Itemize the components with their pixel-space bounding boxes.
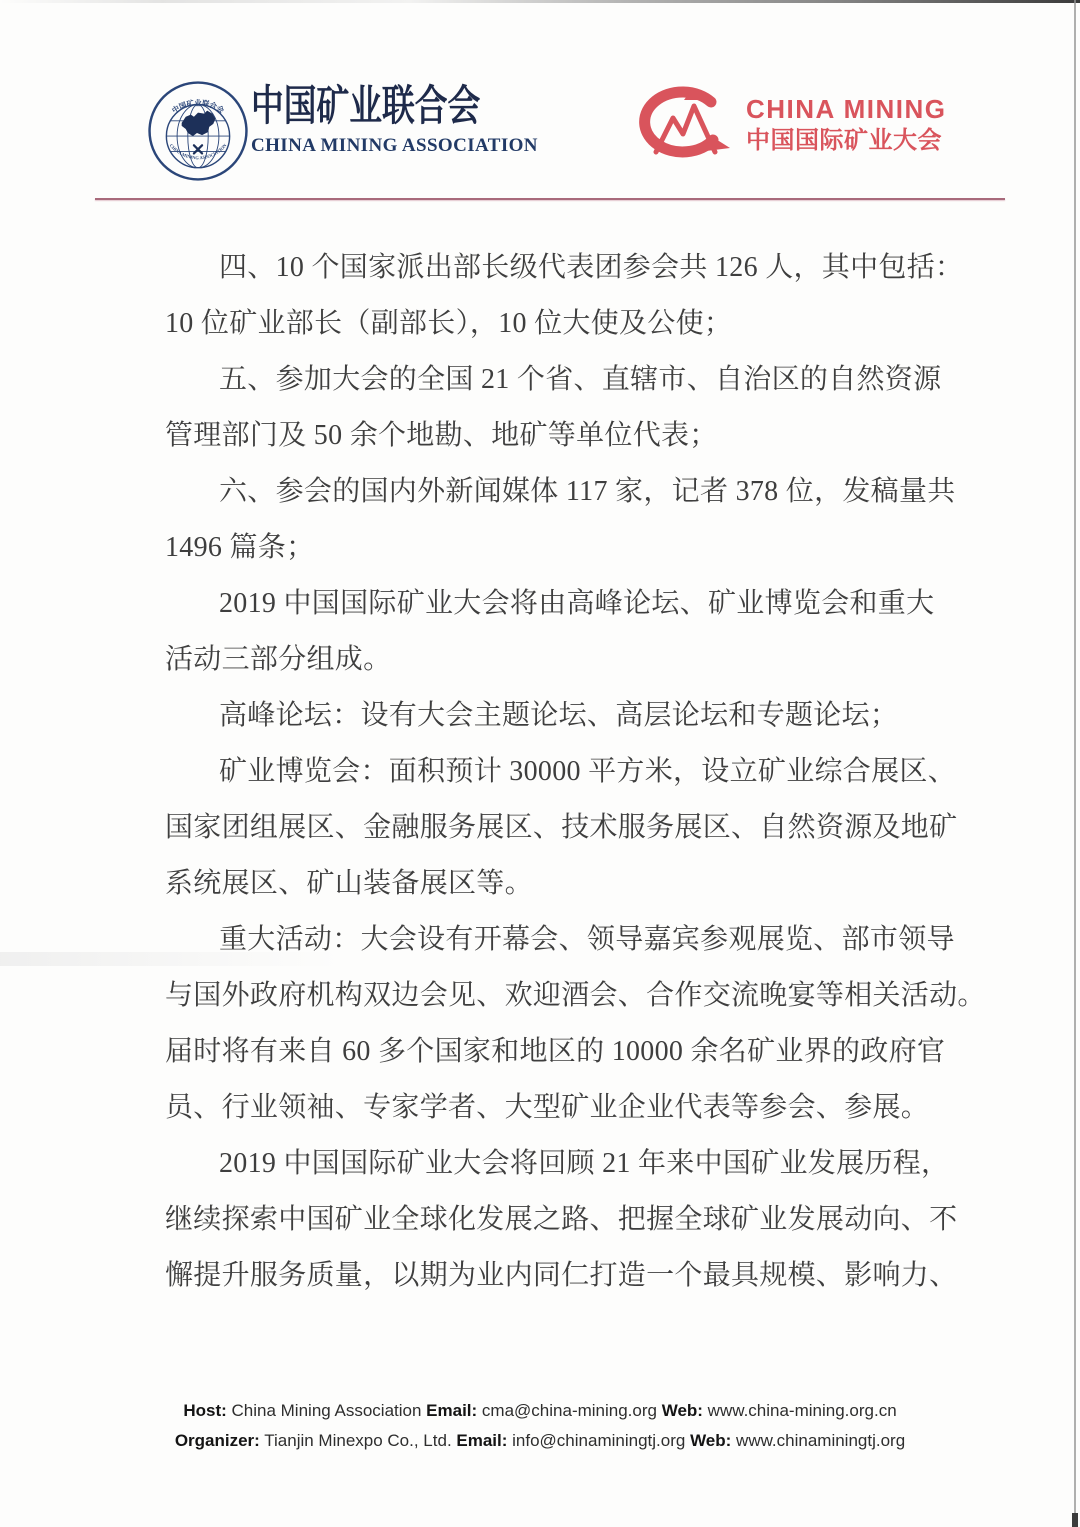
bottom-right-corner-artifact (1072, 1513, 1078, 1527)
body-line: 高峰论坛：设有大会主题论坛、高层论坛和专题论坛； (165, 688, 965, 744)
body-line: 五、参加大会的全国 21 个省、直辖市、自治区的自然资源 (165, 352, 965, 408)
body-line: 四、10 个国家派出部长级代表团参会共 126 人，其中包括： (165, 240, 965, 296)
footer-value: China Mining Association (227, 1401, 426, 1420)
cma-logo: 中国矿业联合会 CHINA MINING ASSOCIATION 中国矿业联合会… (147, 80, 545, 182)
footer-label: Web: (690, 1431, 731, 1450)
body-line: 员、行业领袖、专家学者、大型矿业企业代表等参会、参展。 (165, 1080, 965, 1136)
body-line: 重大活动：大会设有开幕会、领导嘉宾参观展览、部市领导 (165, 912, 965, 968)
body-line: 与国外政府机构双边会见、欢迎酒会、合作交流晚宴等相关活动。 (165, 968, 965, 1024)
footer-label: Email: (426, 1401, 477, 1420)
body-line: 国家团组展区、金融服务展区、技术服务展区、自然资源及地矿 (165, 800, 965, 856)
body-line: 懈提升服务质量，以期为业内同仁打造一个最具规模、影响力、 (165, 1248, 965, 1304)
footer-label: Web: (662, 1401, 703, 1420)
footer-line: Organizer: Tianjin Minexpo Co., Ltd. Ema… (0, 1426, 1080, 1456)
footer-label: Host: (183, 1401, 226, 1420)
body-line: 1496 篇条； (165, 520, 965, 576)
cma-logo-names: 中国矿业联合会 CHINA MINING ASSOCIATION (251, 80, 545, 157)
header-divider (95, 198, 1005, 200)
cma-logo-en-name: CHINA MINING ASSOCIATION (251, 135, 545, 157)
china-mining-logo-cn-name: 中国国际矿业大会 (746, 127, 946, 155)
china-mining-logo-icon (626, 84, 736, 166)
footer-value: cma@china-mining.org (477, 1401, 662, 1420)
china-mining-logo-en-name: CHINA MINING (746, 94, 946, 124)
cma-seal-icon: 中国矿业联合会 CHINA MINING ASSOCIATION (147, 80, 249, 182)
right-edge-scan-artifact (1074, 0, 1076, 1527)
body-line: 六、参会的国内外新闻媒体 117 家，记者 378 位，发稿量共 (165, 464, 965, 520)
body-line: 管理部门及 50 余个地勘、地矿等单位代表； (165, 408, 965, 464)
page: 中国矿业联合会 CHINA MINING ASSOCIATION 中国矿业联合会… (0, 0, 1080, 1527)
body-line: 10 位矿业部长（副部长），10 位大使及公使； (165, 296, 965, 352)
body-line: 2019 中国国际矿业大会将由高峰论坛、矿业博览会和重大 (165, 576, 965, 632)
body-line: 系统展区、矿山装备展区等。 (165, 856, 965, 912)
footer-value: info@chinaminingtj.org (507, 1431, 690, 1450)
footer-label: Organizer: (175, 1431, 260, 1450)
footer-label: Email: (456, 1431, 507, 1450)
body-line: 活动三部分组成。 (165, 632, 965, 688)
china-mining-logo-names: CHINA MINING 中国国际矿业大会 (746, 84, 946, 155)
top-edge-scan-artifact (0, 0, 1080, 3)
footer-line: Host: China Mining Association Email: cm… (0, 1396, 1080, 1426)
body-line: 继续探索中国矿业全球化发展之路、把握全球矿业发展动向、不 (165, 1192, 965, 1248)
body-line: 届时将有来自 60 多个国家和地区的 10000 余名矿业界的政府官 (165, 1024, 965, 1080)
footer-value: www.chinaminingtj.org (731, 1431, 905, 1450)
china-mining-logo: CHINA MINING 中国国际矿业大会 (626, 84, 946, 166)
document-body: 四、10 个国家派出部长级代表团参会共 126 人，其中包括：10 位矿业部长（… (165, 240, 965, 1304)
body-line: 矿业博览会：面积预计 30000 平方米，设立矿业综合展区、 (165, 744, 965, 800)
body-line: 2019 中国国际矿业大会将回顾 21 年来中国矿业发展历程， (165, 1136, 965, 1192)
page-footer: Host: China Mining Association Email: cm… (0, 1396, 1080, 1456)
cma-logo-cn-name: 中国矿业联合会 (251, 84, 480, 130)
footer-value: www.china-mining.org.cn (703, 1401, 897, 1420)
footer-value: Tianjin Minexpo Co., Ltd. (260, 1431, 457, 1450)
